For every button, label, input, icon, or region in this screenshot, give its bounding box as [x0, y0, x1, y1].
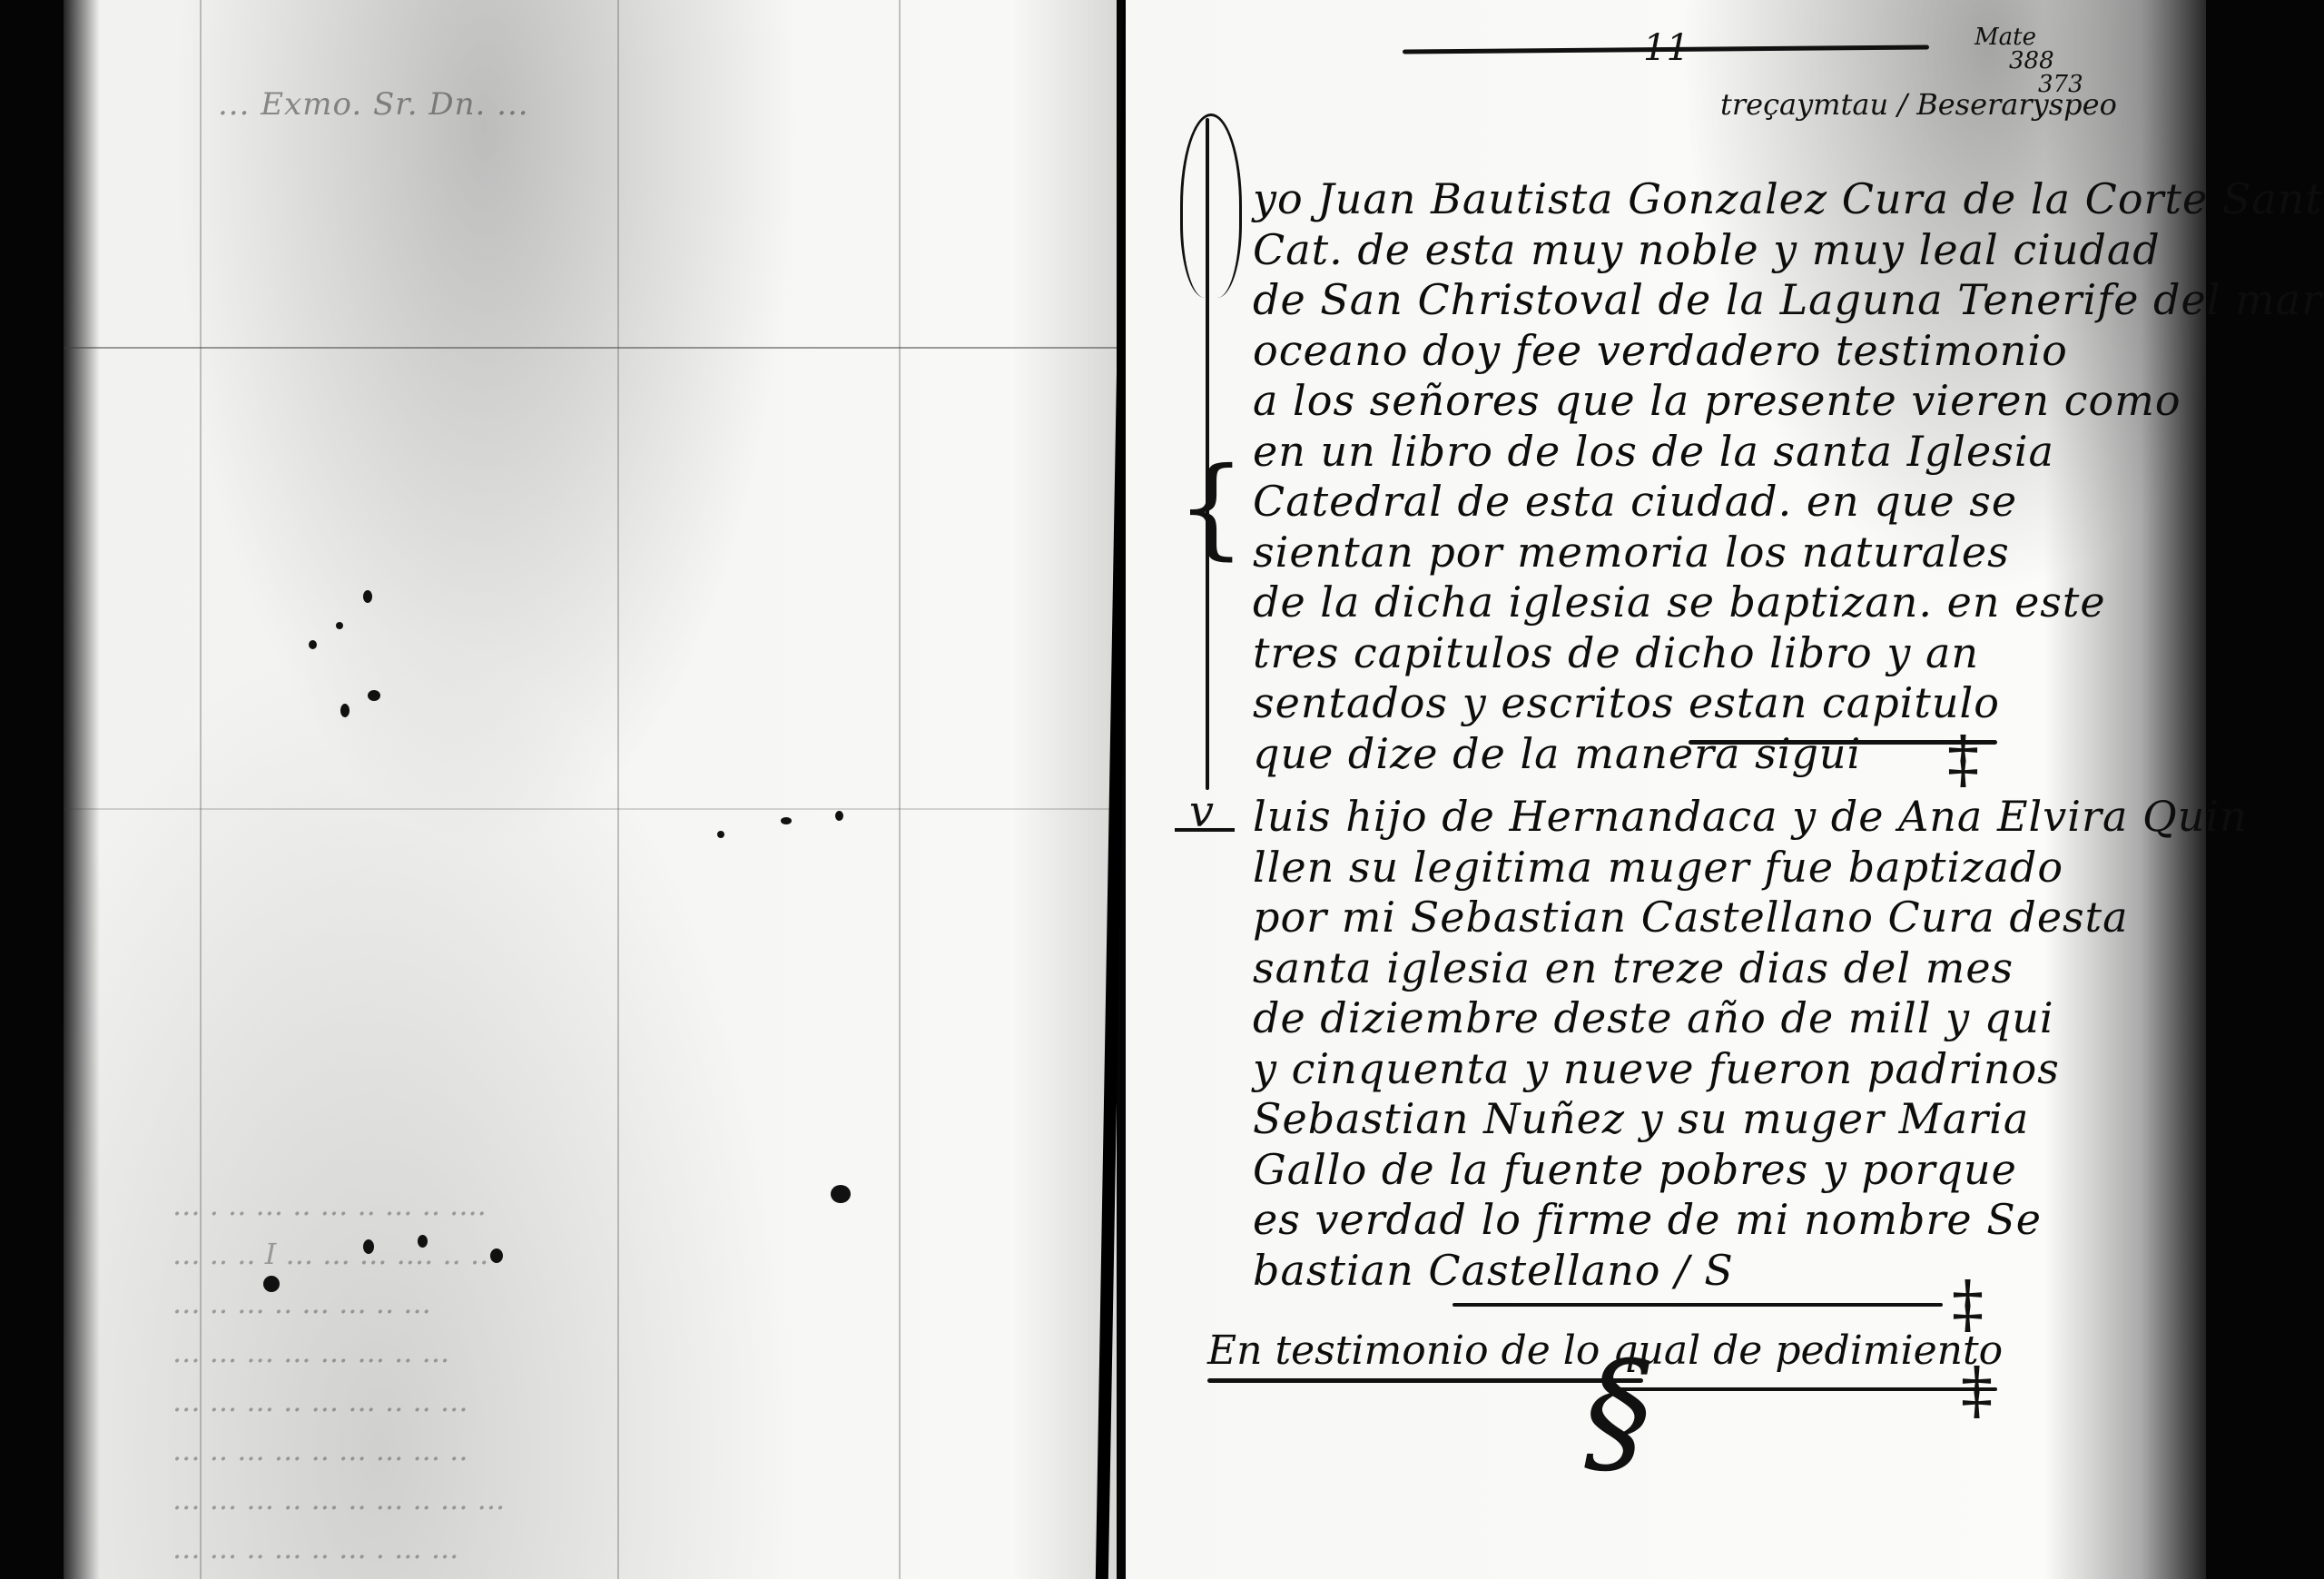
ms-line: sentados y escritos estan capitulo	[1253, 678, 2052, 729]
ms-line: tres capitulos de dicho libro y an	[1253, 628, 2052, 679]
faded-line: ... ... ... .. ... ... .. .. ...	[172, 1377, 1062, 1426]
ink-speck	[368, 690, 380, 701]
faded-line: ... ... .. ... .. ... . ... ...	[172, 1524, 1062, 1573]
entry-line: luis hijo de Hernandaca y de Ana Elvira …	[1253, 792, 2052, 843]
entry-line: llen su legitima muger fue baptizado	[1253, 843, 2052, 893]
ms-line: Catedral de esta ciudad. en que se	[1253, 477, 2052, 528]
margin-flourish	[1180, 113, 1242, 298]
fold-line	[64, 808, 1117, 810]
corner-annotation: Mate 388 373	[1974, 25, 2083, 96]
faded-line: ... .. ... ... .. ... ... ... ..	[172, 1426, 1062, 1475]
margin-brace-icon: {	[1177, 454, 1246, 563]
faded-line: ... .. .. I ... ... ... .... .. ..	[172, 1229, 1062, 1278]
faded-line: ... . .. ... .. ... .. ... .. ....	[172, 1180, 1062, 1229]
header-note: treçaymtau / Beseraryspeo	[1720, 87, 2117, 122]
faded-text-block: ... . .. ... .. ... .. ... .. .... ... .…	[172, 1180, 1062, 1573]
rubric-flourish-icon: ‡	[1961, 1353, 1993, 1427]
ink-speck	[781, 817, 792, 824]
entry-line: Sebastian Nuñez y su muger Maria	[1253, 1094, 2052, 1145]
entry-line: y cinquenta y nueve fueron padrinos	[1253, 1044, 2052, 1095]
rubric-flourish-icon: ‡	[1947, 722, 1979, 796]
ms-line: en un libro de los de la santa Iglesia	[1253, 427, 2052, 478]
ink-speck	[340, 704, 350, 717]
ms-line: a los señores que la presente vieren com…	[1253, 376, 2052, 427]
signature-rule	[1207, 1378, 1643, 1383]
faded-line: ... .. ... .. ... ... .. ...	[172, 1278, 1062, 1327]
notary-rubric-icon: §	[1584, 1344, 1652, 1480]
entry-line: de diziembre deste año de mill y qui	[1253, 993, 2052, 1044]
fold-line	[64, 347, 1117, 349]
line-filler-stroke	[1452, 1303, 1943, 1307]
faded-line: ... ... ... ... ... ... .. ...	[172, 1327, 1062, 1377]
ink-speck	[717, 831, 724, 838]
entry-line: Gallo de la fuente pobres y porque	[1253, 1145, 2052, 1196]
margin-entry-mark: v	[1189, 786, 1214, 837]
entry-line: santa iglesia en treze dias del mes	[1253, 943, 2052, 994]
ms-line: yo Juan Bautista Gonzalez Cura de la Cor…	[1253, 174, 2052, 225]
ink-speck	[363, 590, 372, 603]
rubric-flourish-icon: ‡	[1952, 1267, 1984, 1341]
ms-line: Cat. de esta muy noble y muy leal ciudad	[1253, 225, 2052, 276]
entry-line: es verdad lo firme de mi nombre Se	[1253, 1195, 2052, 1246]
left-page: ... Exmo. Sr. Dn. ... ... . .. ... .. ..…	[64, 0, 1117, 1579]
ms-line: de la dicha iglesia se baptizan. en este	[1253, 577, 2052, 628]
entry-line: por mi Sebastian Castellano Cura desta	[1253, 893, 2052, 943]
folio-number: 11	[1643, 27, 1689, 69]
entry-line: bastian Castellano / S	[1253, 1246, 2052, 1297]
ms-line: oceano doy fee verdadero testimonio	[1253, 326, 2052, 377]
ms-line: que dize de la manera sigui	[1253, 729, 2052, 780]
manuscript-body: yo Juan Bautista Gonzalez Cura de la Cor…	[1253, 174, 2052, 1296]
faded-line: ... ... ... .. ... .. ... .. ... ...	[172, 1475, 1062, 1524]
signature-rule	[1616, 1387, 1997, 1391]
ink-speck	[309, 640, 317, 649]
ink-speck	[336, 622, 343, 629]
ms-line: sientan por memoria los naturales	[1253, 528, 2052, 578]
ms-line: de San Christoval de la Laguna Tenerife …	[1253, 275, 2052, 326]
corner-number: 388	[1974, 49, 2083, 73]
faded-header: ... Exmo. Sr. Dn. ...	[218, 86, 529, 123]
ink-speck	[835, 811, 843, 821]
